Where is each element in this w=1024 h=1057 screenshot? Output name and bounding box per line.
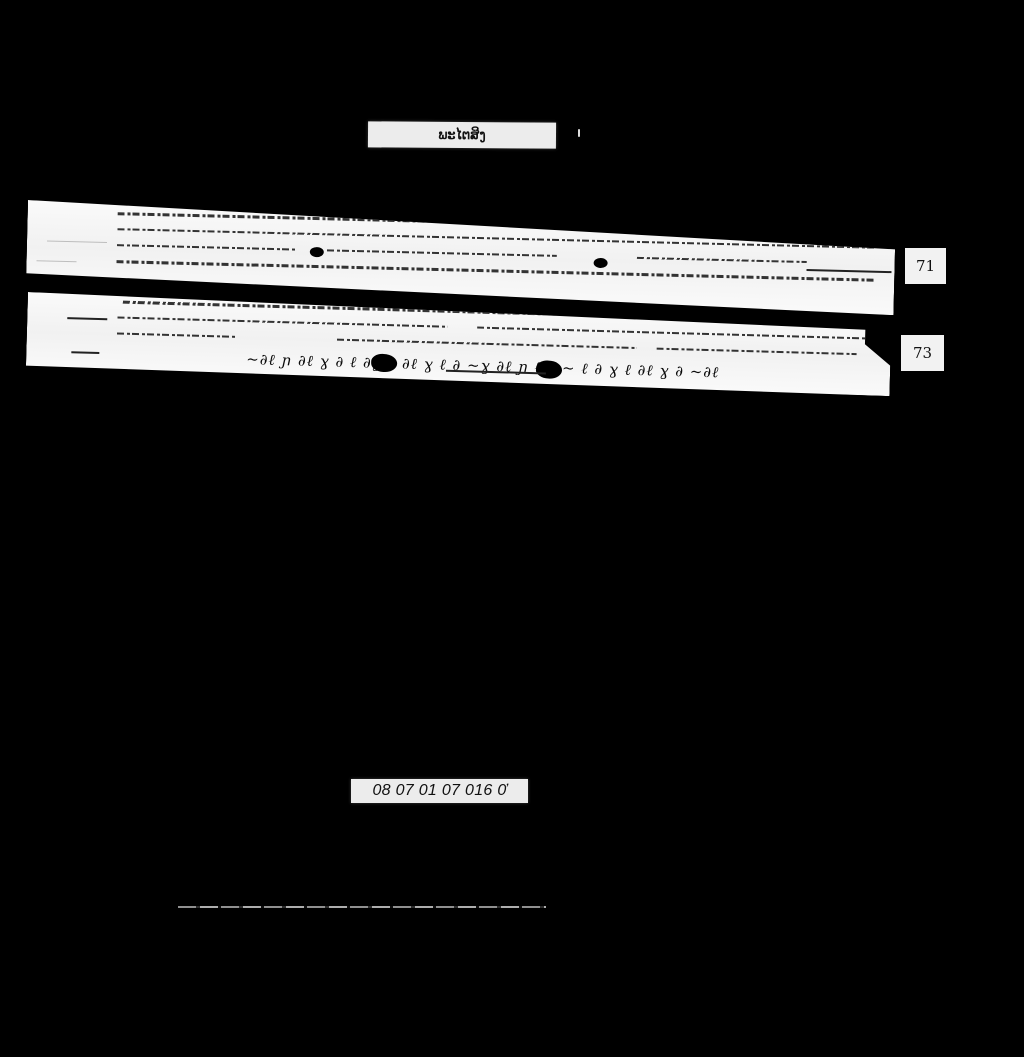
margin-mark <box>67 317 107 320</box>
script-line <box>123 301 743 321</box>
binding-hole <box>594 258 608 268</box>
script-line <box>117 228 877 249</box>
binding-hole <box>310 247 324 257</box>
film-speck <box>578 129 580 137</box>
ink-blot <box>536 360 562 379</box>
film-edge-line <box>178 906 546 908</box>
folio-number-73: 73 <box>901 335 944 371</box>
script-line <box>117 244 297 250</box>
script-line <box>657 348 857 356</box>
leaf-rule <box>806 269 891 273</box>
folio-number-71: 71 <box>905 248 946 284</box>
reel-code-text: 08 07 01 07 016 0҆ <box>372 782 506 800</box>
folio-number-text: 73 <box>913 344 932 362</box>
script-line <box>327 249 557 257</box>
folio-number-text: 71 <box>916 257 935 275</box>
script-line <box>637 257 807 263</box>
script-line <box>116 260 876 282</box>
script-line <box>477 327 877 340</box>
reel-code-label: 08 07 01 07 016 0҆ <box>351 779 528 803</box>
script-line <box>337 339 637 349</box>
ink-blot <box>371 354 397 373</box>
manuscript-title-text: ພະໄຕສິງ <box>438 127 485 143</box>
cursive-colophon-line: ~∂ℓ ɲ ∂ℓ ɣ ∂ ℓ ∂ɣ ∂ ∂ℓ ɣ ℓ ∂ ~ɣ ∂ℓ ɲ ℓ ∂… <box>246 350 720 382</box>
script-line <box>117 332 237 337</box>
script-line <box>117 317 447 328</box>
margin-mark <box>71 351 99 354</box>
manuscript-title-label: ພະໄຕສິງ <box>368 121 556 148</box>
scan-streak <box>37 260 77 262</box>
scan-streak <box>47 240 107 242</box>
